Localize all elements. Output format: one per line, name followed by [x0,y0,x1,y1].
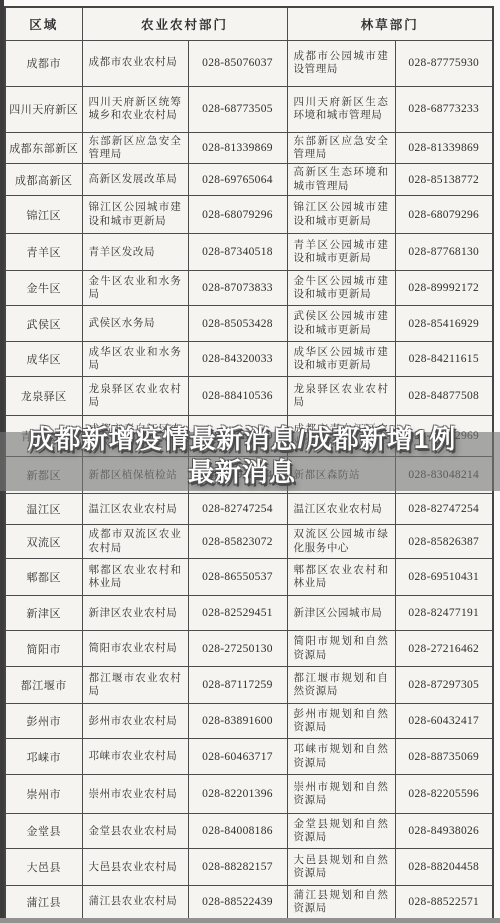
forestry-dept-cell: 邛崃市规划和自然资源局 [287,739,395,775]
region-cell: 双流区 [5,525,82,559]
forestry-phone-cell: 028-68773233 [395,86,493,132]
table-row: 蒲江县蒲江县农业农村局028-88522439蒲江县规划和自然资源局028-88… [5,886,493,919]
forestry-phone-cell: 028-88522571 [395,886,493,919]
agri-dept-cell: 成都市农业农村局 [82,40,188,86]
agri-dept-cell: 新津区农业农村局 [82,596,188,631]
region-cell: 简阳市 [5,631,82,667]
region-cell: 新津区 [5,596,82,631]
forestry-dept-cell: 成华区公园城市建设和城市更新局 [287,342,395,377]
region-cell: 金牛区 [5,271,82,306]
agri-phone-cell: 028-82529451 [188,596,287,631]
forestry-phone-cell: 028-84877508 [395,377,493,416]
agri-dept-cell: 邛崃市农业农村局 [82,739,188,775]
agri-dept-cell: 彭州市农业农村局 [82,704,188,739]
forestry-dept-cell: 崇州市规划和自然资源局 [287,775,395,814]
forestry-dept-cell: 武侯区公园城市建设和城市更新局 [287,306,395,342]
agri-dept-cell: 东部新区应急安全管理局 [82,132,188,164]
agri-phone-cell: 028-84320033 [188,342,287,377]
forestry-dept-cell: 成都市公园城市建设管理局 [287,40,395,86]
agri-dept-cell: 温江区农业农村局 [82,494,188,525]
forestry-dept-cell: 彭州市规划和自然资源局 [287,704,395,739]
agri-phone-cell: 028-87073833 [188,271,287,306]
table-row: 锦江区锦江区公园城市建设和城市更新局028-68079296锦江区公园城市建设和… [5,196,493,234]
header-agriculture-dept: 农业农村部门 [82,7,287,40]
table-row: 成都东部新区东部新区应急安全管理局028-81339869东部新区应急安全管理局… [5,132,493,164]
agri-dept-cell: 青羊区发改局 [82,234,188,271]
table-row: 彭州市彭州市农业农村局028-83891600彭州市规划和自然资源局028-60… [5,704,493,739]
region-cell: 蒲江县 [5,886,82,919]
agri-phone-cell: 028-86550537 [188,559,287,596]
forestry-dept-cell: 高新区生态环境和城市管理局 [287,164,395,196]
table-row: 温江区温江区农业农村局028-82747254温江区农业农村局028-82747… [5,494,493,525]
region-cell: 大邑县 [5,849,82,886]
forestry-phone-cell: 028-89992172 [395,271,493,306]
agri-dept-cell: 成都市双流区农业农村局 [82,525,188,559]
agri-dept-cell: 蒲江县农业农村局 [82,886,188,919]
region-cell: 锦江区 [5,196,82,234]
table-row: 成都市成都市农业农村局028-85076037成都市公园城市建设管理局028-8… [5,40,493,86]
agri-dept-cell: 都江堰市农业农村局 [82,667,188,704]
forestry-phone-cell: 028-87297305 [395,667,493,704]
agri-phone-cell: 028-68079296 [188,196,287,234]
agri-dept-cell: 大邑县农业农村局 [82,849,188,886]
table-row: 大邑县大邑县农业农村局028-88282157大邑县规划和自然资源局028-88… [5,849,493,886]
region-cell: 邛崃市 [5,739,82,775]
region-cell: 龙泉驿区 [5,377,82,416]
forestry-dept-cell: 大邑县规划和自然资源局 [287,849,395,886]
agri-phone-cell: 028-88410536 [188,377,287,416]
forestry-phone-cell: 028-60432417 [395,704,493,739]
agri-dept-cell: 成华区农业和水务局 [82,342,188,377]
bottom-edge-strip [0,918,500,923]
agri-dept-cell: 金牛区农业和水务局 [82,271,188,306]
region-cell: 成都市 [5,40,82,86]
agri-phone-cell: 028-81339869 [188,132,287,164]
forestry-dept-cell: 龙泉驿区农业农村局 [287,377,395,416]
forestry-phone-cell: 028-87768130 [395,234,493,271]
agri-phone-cell: 028-85053428 [188,306,287,342]
table-row: 都江堰市都江堰市农业农村局028-87117259都江堰市规划和自然资源局028… [5,667,493,704]
forestry-dept-cell: 都江堰市规划和自然资源局 [287,667,395,704]
table-row: 郫都区郫都区农业农村和林业局028-86550537郫都区农业农村和林业局028… [5,559,493,596]
forestry-dept-cell: 双流区公园城市绿化服务中心 [287,525,395,559]
forestry-phone-cell: 028-88204458 [395,849,493,886]
region-cell: 四川天府新区 [5,86,82,132]
agri-phone-cell: 028-88522439 [188,886,287,919]
forestry-phone-cell: 028-81339869 [395,132,493,164]
table-row: 武侯区武侯区水务局028-85053428武侯区公园城市建设和城市更新局028-… [5,306,493,342]
table-row: 邛崃市邛崃市农业农村局028-60463717邛崃市规划和自然资源局028-88… [5,739,493,775]
agri-dept-cell: 武侯区水务局 [82,306,188,342]
header-region: 区域 [5,7,82,40]
region-cell: 金堂县 [5,814,82,849]
headline-overlay-text: 成都新增疫情最新消息/成都新增1例 最新消息 [0,423,484,488]
table-row: 崇州市崇州市农业农村局028-82201396崇州市规划和自然资源局028-82… [5,775,493,814]
forestry-phone-cell: 028-84211615 [395,342,493,377]
table-row: 金牛区金牛区农业和水务局028-87073833金牛区公园城市建设和城市更新局0… [5,271,493,306]
agri-phone-cell: 028-87117259 [188,667,287,704]
region-cell: 成华区 [5,342,82,377]
region-cell: 彭州市 [5,704,82,739]
region-cell: 都江堰市 [5,667,82,704]
forestry-phone-cell: 028-68079296 [395,196,493,234]
agri-dept-cell: 锦江区公园城市建设和城市更新局 [82,196,188,234]
forestry-phone-cell: 028-27216462 [395,631,493,667]
table-row: 成都高新区高新区发展改革局028-69765064高新区生态环境和城市管理局02… [5,164,493,196]
region-cell: 成都东部新区 [5,132,82,164]
region-cell: 成都高新区 [5,164,82,196]
forestry-dept-cell: 锦江区公园城市建设和城市更新局 [287,196,395,234]
agri-phone-cell: 028-88282157 [188,849,287,886]
forestry-phone-cell: 028-82205596 [395,775,493,814]
forestry-dept-cell: 四川天府新区生态环境和城市管理局 [287,86,395,132]
forestry-dept-cell: 简阳市规划和自然资源局 [287,631,395,667]
table-row: 简阳市简阳市农业农村局028-27250130简阳市规划和自然资源局028-27… [5,631,493,667]
agri-dept-cell: 四川天府新区统筹城乡和农业农村局 [82,86,188,132]
agri-phone-cell: 028-85076037 [188,40,287,86]
agri-dept-cell: 龙泉驿区农业农村局 [82,377,188,416]
table-row: 四川天府新区四川天府新区统筹城乡和农业农村局028-68773505四川天府新区… [5,86,493,132]
forestry-dept-cell: 东部新区应急安全管理局 [287,132,395,164]
table-row: 双流区成都市双流区农业农村局028-85823072双流区公园城市绿化服务中心0… [5,525,493,559]
table-header-row: 区域 农业农村部门 林草部门 [5,7,493,40]
forestry-phone-cell: 028-85826387 [395,525,493,559]
region-cell: 武侯区 [5,306,82,342]
agri-phone-cell: 028-69765064 [188,164,287,196]
agri-phone-cell: 028-68773505 [188,86,287,132]
headline-line2: 最新消息 [0,456,484,489]
region-cell: 温江区 [5,494,82,525]
agri-dept-cell: 金堂县农业农村局 [82,814,188,849]
region-cell: 郫都区 [5,559,82,596]
forestry-dept-cell: 温江区农业农村局 [287,494,395,525]
agri-phone-cell: 028-82201396 [188,775,287,814]
forestry-dept-cell: 青羊区公园城市建设和城市更新局 [287,234,395,271]
agri-phone-cell: 028-60463717 [188,739,287,775]
table-row: 成华区成华区农业和水务局028-84320033成华区公园城市建设和城市更新局0… [5,342,493,377]
agri-dept-cell: 郫都区农业农村和林业局 [82,559,188,596]
agri-phone-cell: 028-84008186 [188,814,287,849]
region-cell: 崇州市 [5,775,82,814]
agri-dept-cell: 高新区发展改革局 [82,164,188,196]
table-row: 龙泉驿区龙泉驿区农业农村局028-88410536龙泉驿区农业农村局028-84… [5,377,493,416]
forestry-phone-cell: 028-88735069 [395,739,493,775]
forestry-phone-cell: 028-85138772 [395,164,493,196]
agri-dept-cell: 简阳市农业农村局 [82,631,188,667]
forestry-dept-cell: 蒲江县规划和自然资源局 [287,886,395,919]
region-cell: 青羊区 [5,234,82,271]
forestry-dept-cell: 金堂县规划和自然资源局 [287,814,395,849]
forestry-phone-cell: 028-84938026 [395,814,493,849]
forestry-dept-cell: 金牛区公园城市建设和城市更新局 [287,271,395,306]
forestry-phone-cell: 028-69510431 [395,559,493,596]
forestry-phone-cell: 028-82747254 [395,494,493,525]
table-row: 金堂县金堂县农业农村局028-84008186金堂县规划和自然资源局028-84… [5,814,493,849]
forestry-dept-cell: 郫都区农业农村和林业局 [287,559,395,596]
forestry-phone-cell: 028-82477191 [395,596,493,631]
table-row: 青羊区青羊区发改局028-87340518青羊区公园城市建设和城市更新局028-… [5,234,493,271]
agri-phone-cell: 028-27250130 [188,631,287,667]
agri-phone-cell: 028-83891600 [188,704,287,739]
headline-line1: 成都新增疫情最新消息/成都新增1例 [0,423,484,456]
forestry-phone-cell: 028-85416929 [395,306,493,342]
forestry-dept-cell: 新津区公园城市局 [287,596,395,631]
forestry-phone-cell: 028-87775930 [395,40,493,86]
agri-dept-cell: 崇州市农业农村局 [82,775,188,814]
agri-phone-cell: 028-85823072 [188,525,287,559]
agri-phone-cell: 028-87340518 [188,234,287,271]
table-row: 新津区新津区农业农村局028-82529451新津区公园城市局028-82477… [5,596,493,631]
agri-phone-cell: 028-82747254 [188,494,287,525]
header-forestry-dept: 林草部门 [287,7,493,40]
